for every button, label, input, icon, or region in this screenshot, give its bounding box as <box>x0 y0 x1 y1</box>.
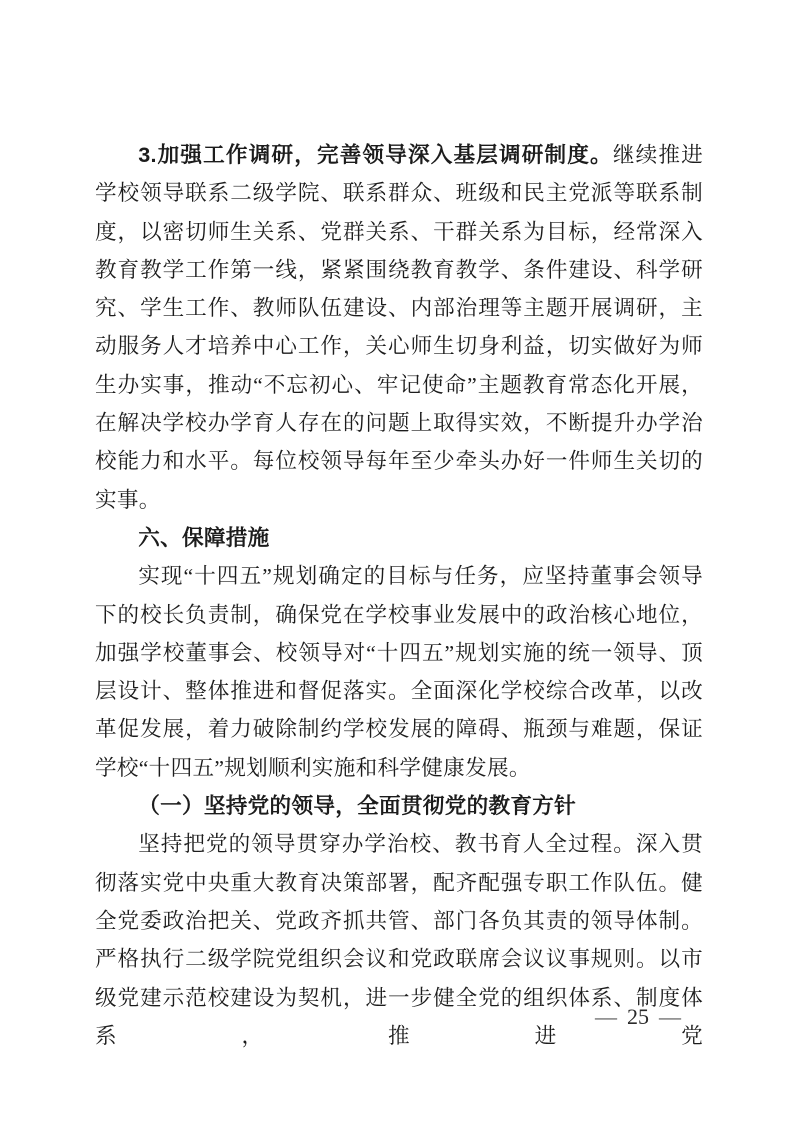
page-number-left-dash: — <box>585 1004 627 1029</box>
page-number-value: 25 <box>627 1004 649 1029</box>
page-number: —25— <box>585 1002 691 1032</box>
document-body: 3.加强工作调研，完善领导深入基层调研制度。继续推进学校领导联系二级学院、联系群… <box>95 136 703 1055</box>
paragraph-work-research: 3.加强工作调研，完善领导深入基层调研制度。继续推进学校领导联系二级学院、联系群… <box>95 136 703 519</box>
paragraph-lead-bold: 3.加强工作调研，完善领导深入基层调研制度。 <box>138 142 613 167</box>
document-page: 3.加强工作调研，完善领导深入基层调研制度。继续推进学校领导联系二级学院、联系群… <box>0 0 793 1122</box>
paragraph-plan-implementation: 实现“十四五”规划确定的目标与任务，应坚持董事会领导下的校长负责制，确保党在学校… <box>95 557 703 787</box>
section-heading-safeguards: 六、保障措施 <box>95 519 703 557</box>
subsection-heading-party-leadership: （一）坚持党的领导，全面贯彻党的教育方针 <box>95 787 703 825</box>
paragraph-body-text: 继续推进学校领导联系二级学院、联系群众、班级和民主党派等联系制度，以密切师生关系… <box>95 143 703 512</box>
page-number-right-dash: — <box>649 1004 691 1029</box>
